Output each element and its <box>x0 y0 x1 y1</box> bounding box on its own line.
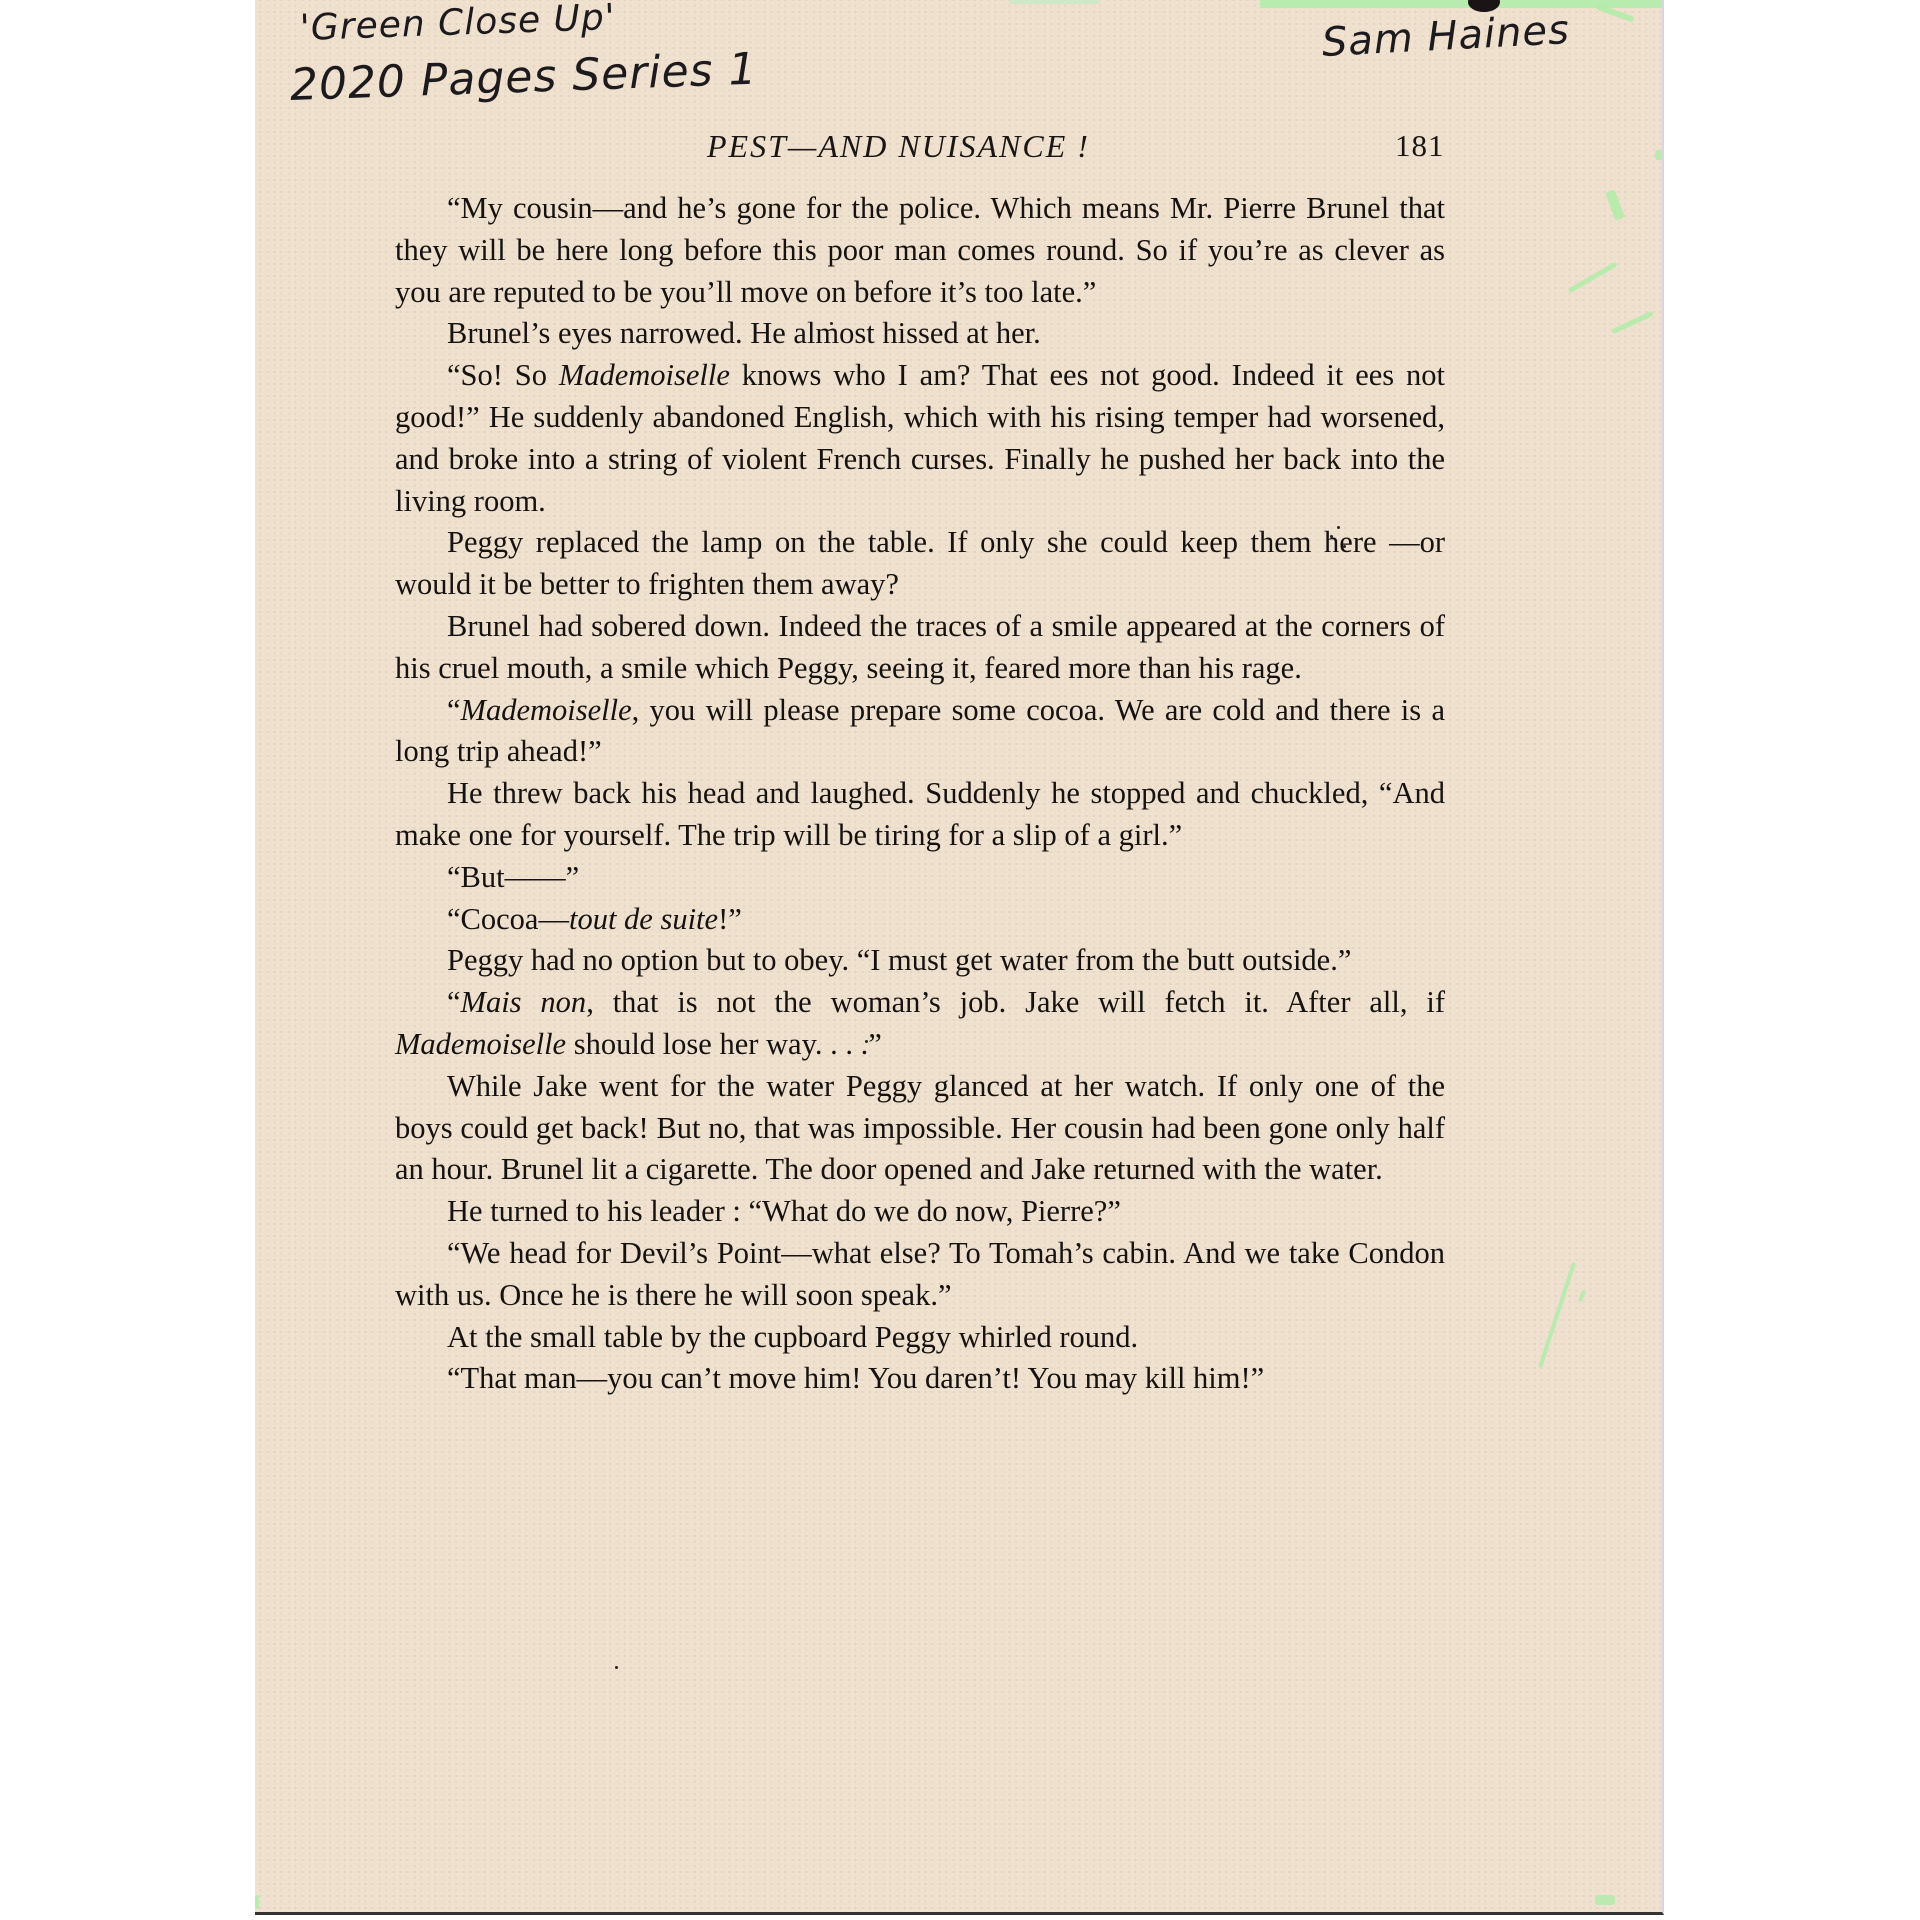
text-run: , that is not the woman’s job. Jake will… <box>586 985 1445 1019</box>
ink-speck <box>1343 545 1346 548</box>
paragraph: Brunel’s eyes narrowed. He almost hissed… <box>395 313 1445 355</box>
italic-phrase: Mademoiselle <box>559 358 730 392</box>
italic-phrase: tout de suite <box>569 902 718 936</box>
page-number: 181 <box>1395 128 1445 164</box>
text-run: He threw back his head and laughed. Sudd… <box>395 776 1445 852</box>
green-paint-smudge <box>1567 262 1617 294</box>
paragraph: “But——” <box>395 857 1445 899</box>
handwritten-series-label: 2020 Pages Series 1 <box>289 44 758 111</box>
green-paint-smudge <box>1605 189 1625 221</box>
green-paint-smudge <box>1538 1262 1576 1368</box>
text-run: At the small table by the cupboard Peggy… <box>447 1320 1138 1354</box>
text-run: “So! So <box>447 358 559 392</box>
ink-speck <box>830 322 833 325</box>
text-run: He turned to his leader : “What do we do… <box>447 1194 1121 1228</box>
green-paint-smudge <box>1611 311 1654 335</box>
green-paint-smudge <box>255 1895 259 1909</box>
green-paint-smudge <box>1578 1290 1587 1303</box>
artist-signature: Sam Haines <box>1321 7 1571 66</box>
text-run: Peggy had no option but to obey. “I must… <box>447 943 1351 977</box>
chapter-running-title: PEST—AND NUISANCE ! <box>707 128 1090 165</box>
paragraph: “That man—you can’t move him! You daren’… <box>395 1358 1445 1400</box>
paragraph: Peggy had no option but to obey. “I must… <box>395 940 1445 982</box>
ink-speck <box>1330 535 1333 538</box>
running-header: PEST—AND NUISANCE ! 181 <box>255 128 1662 168</box>
paragraph: Peggy replaced the lamp on the table. If… <box>395 522 1445 606</box>
text-run: “That man—you can’t move him! You daren’… <box>447 1361 1264 1395</box>
paragraph: “Mademoiselle, you will please prepare s… <box>395 690 1445 774</box>
text-run: “Cocoa— <box>447 902 569 936</box>
paragraph: “My cousin—and he’s gone for the police.… <box>395 188 1445 313</box>
italic-phrase: Mais non <box>461 985 587 1019</box>
text-run: While Jake went for the water Peggy glan… <box>395 1069 1445 1187</box>
handwritten-title: 'Green Close Up' <box>299 0 616 49</box>
text-run: “We head for Devil’s Point—what else? To… <box>395 1236 1445 1312</box>
text-run: should lose her way. . . .” <box>566 1027 882 1061</box>
paragraph: “Mais non, that is not the woman’s job. … <box>395 982 1445 1066</box>
text-run: Brunel’s eyes narrowed. He almost hissed… <box>447 316 1041 350</box>
ink-speck <box>865 1040 868 1043</box>
ink-speck <box>1337 526 1340 529</box>
text-run: Brunel had sobered down. Indeed the trac… <box>395 609 1445 685</box>
paragraph: “We head for Devil’s Point—what else? To… <box>395 1233 1445 1317</box>
text-run: !” <box>718 902 742 936</box>
ink-speck <box>615 1666 618 1669</box>
body-text: “My cousin—and he’s gone for the police.… <box>395 188 1445 1400</box>
green-paint-edge <box>1010 0 1100 4</box>
paragraph: “Cocoa—tout de suite!” <box>395 899 1445 941</box>
paragraph: While Jake went for the water Peggy glan… <box>395 1066 1445 1191</box>
text-run: Peggy replaced the lamp on the table. If… <box>395 525 1445 601</box>
paragraph: He threw back his head and laughed. Sudd… <box>395 773 1445 857</box>
text-run: “But——” <box>447 860 579 894</box>
green-paint-smudge <box>1595 1895 1615 1905</box>
paragraph: He turned to his leader : “What do we do… <box>395 1191 1445 1233</box>
book-page: 'Green Close Up' 2020 Pages Series 1 Sam… <box>255 0 1664 1915</box>
text-run: “ <box>447 693 461 727</box>
italic-phrase: Mademoiselle <box>395 1027 566 1061</box>
paragraph: At the small table by the cupboard Peggy… <box>395 1317 1445 1359</box>
text-run: “My cousin—and he’s gone for the police.… <box>395 191 1445 309</box>
text-run: “ <box>447 985 461 1019</box>
italic-phrase: Mademoiselle <box>461 693 632 727</box>
paragraph: “So! So Mademoiselle knows who I am? Tha… <box>395 355 1445 522</box>
paragraph: Brunel had sobered down. Indeed the trac… <box>395 606 1445 690</box>
